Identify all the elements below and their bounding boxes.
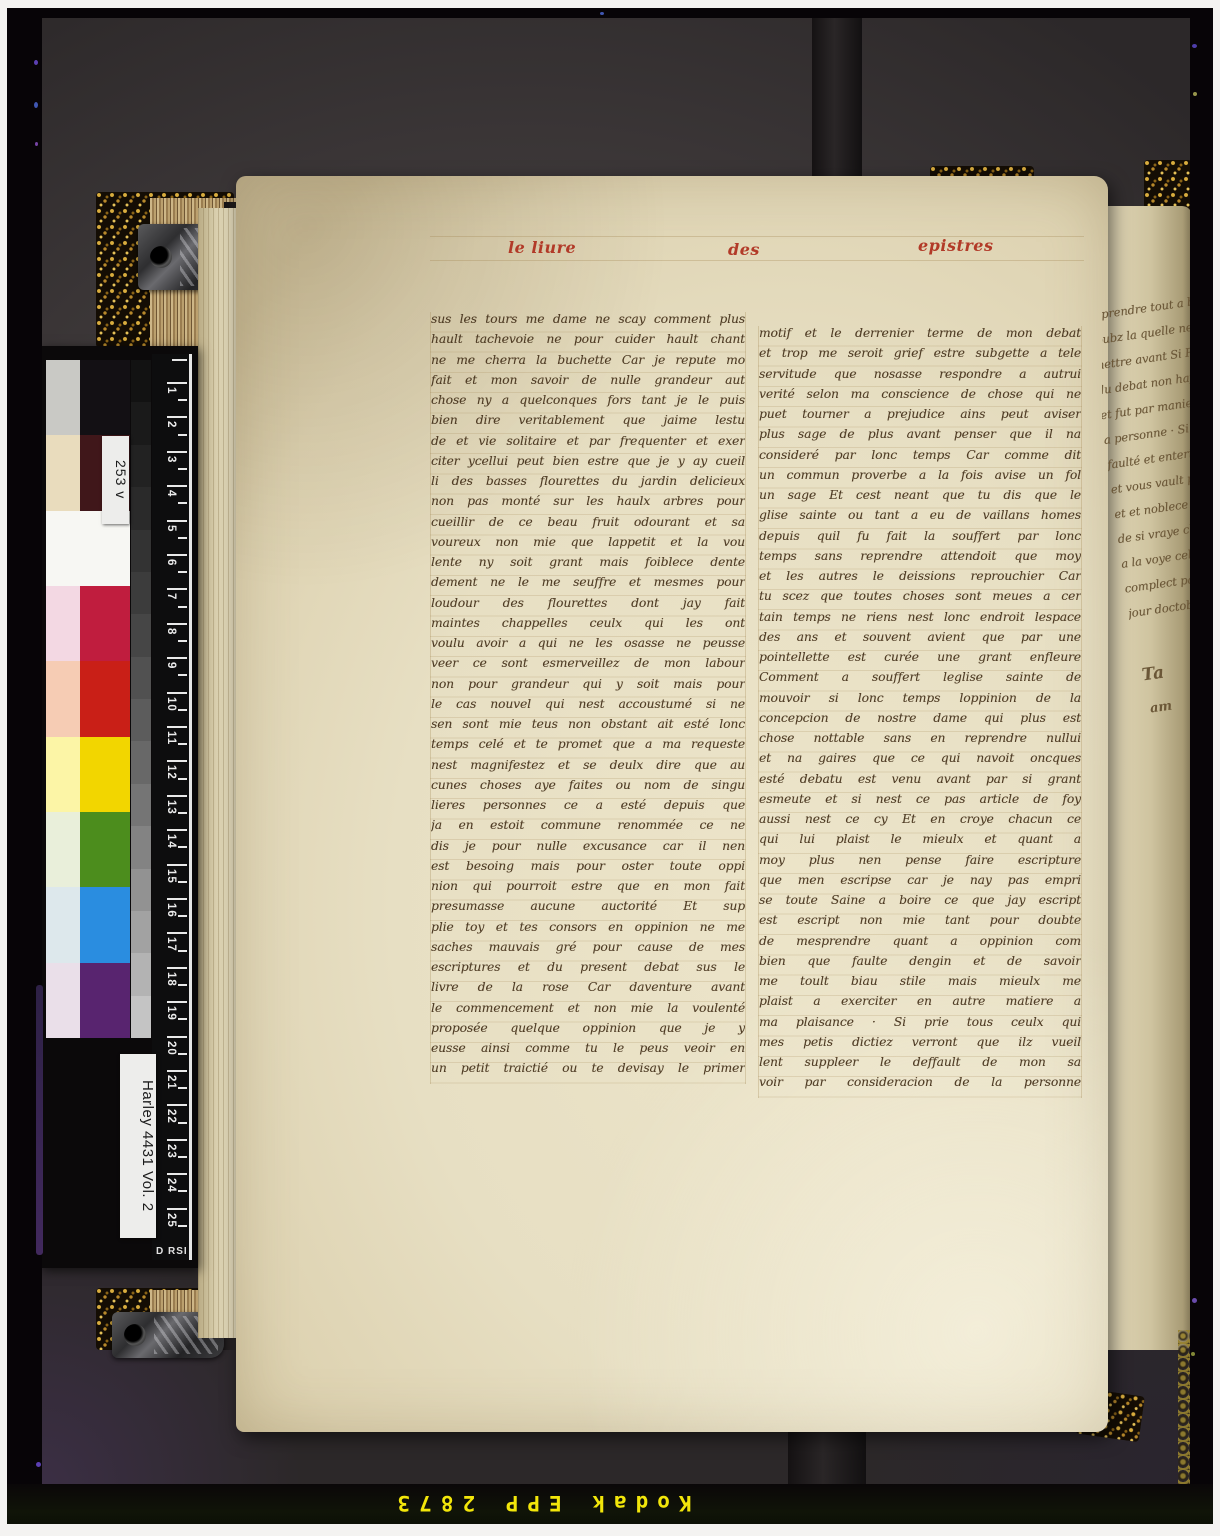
- grayscale-step: [131, 784, 151, 826]
- ruler-number: 6: [161, 559, 177, 566]
- manuscript-line: motif et le derrenier terme de mon debat: [759, 326, 1081, 346]
- ruler-half-tick: [178, 468, 187, 470]
- ruler-footer-text: D RSI: [156, 1246, 188, 1257]
- color-patch-tint: [46, 812, 80, 887]
- color-patch-solid: [80, 586, 130, 661]
- print-border-right: [1213, 0, 1220, 1536]
- manuscript-line: lieres personnes ce a esté depuis que: [431, 798, 745, 818]
- manuscript-line: temps sans reprendre attendoit que moy: [759, 549, 1081, 569]
- manuscript-line: ma plaisance · Si prie tous ceulx qui: [759, 1015, 1081, 1035]
- ruler-number: 19: [161, 1006, 177, 1021]
- manuscript-line: et trop me seroit grief estre subgette a…: [759, 346, 1081, 366]
- manuscript-line: verité selon ma conscience de chose qui …: [759, 387, 1081, 407]
- ruler-number: 17: [161, 937, 177, 952]
- manuscript-line: bien que faulte dengin et de savoir: [759, 954, 1081, 974]
- print-border-top: [0, 0, 1220, 8]
- manuscript-line: de mesprendre quant a oppinion com: [759, 934, 1081, 954]
- ruler-half-tick: [178, 1018, 187, 1020]
- ruler-half-tick: [178, 915, 187, 917]
- grayscale-step: [131, 826, 151, 868]
- film-speck: [1192, 44, 1197, 48]
- manuscript-line: non pour grandeur qui y soit mais pour: [431, 677, 745, 697]
- ruler-tick: [167, 554, 187, 556]
- manuscript-line: me toult biau stile mais mieulx me: [759, 974, 1081, 994]
- ruler-tick: [167, 623, 187, 625]
- grayscale-step-wedge: [131, 360, 151, 1038]
- manuscript-line: tu scez que toutes choses sont meues a c…: [759, 589, 1081, 609]
- beaded-edge-decoration: [1178, 1330, 1190, 1488]
- manuscript-line: glise sainte ou tant a eu de vaillans ho…: [759, 508, 1081, 528]
- manuscript-line: des ans et souvent avient que par une: [759, 630, 1081, 650]
- manuscript-line: concepcion de nostre dame qui plus est: [759, 711, 1081, 731]
- ruler-tick: [167, 1070, 187, 1072]
- manuscript-line: est besoing mais pour oster toute oppi: [431, 859, 745, 879]
- manuscript-line: ja en estoit commune renommée ce ne: [431, 818, 745, 838]
- ruler-half-tick: [178, 1122, 187, 1124]
- ruler-tick: [167, 1001, 187, 1003]
- ruler-tick: [167, 898, 187, 900]
- color-patch-tint: [46, 661, 80, 736]
- ruler-half-tick: [178, 778, 187, 780]
- ruler-number: 3: [161, 456, 177, 463]
- film-speck: [34, 60, 38, 65]
- ruler-tick: [167, 795, 187, 797]
- color-patch-solid: [80, 963, 130, 1038]
- ruler-half-tick: [178, 881, 187, 883]
- manuscript-line: mes petis dictiez verront que ilz vueil: [759, 1035, 1081, 1055]
- manuscript-line: un petit traictié ou te devisay le prime…: [431, 1061, 745, 1081]
- color-chart-row: [46, 963, 130, 1038]
- next-folio-catchwords: Ta am: [1102, 662, 1194, 752]
- manuscript-line: dement ne le me seuffre et mesmes pour: [431, 575, 745, 595]
- ruler-half-tick: [178, 1053, 187, 1055]
- color-patch-tint: [46, 360, 80, 435]
- film-border-bottom: Kodak EPP 2873: [0, 1484, 1220, 1524]
- ruler-tick: [167, 382, 187, 384]
- film-edge-marking: Kodak EPP 2873: [330, 1491, 750, 1515]
- ruler-tick: [167, 692, 187, 694]
- next-folio-partial-text: et prendre tout a bonnsoubz la quelle ne…: [1102, 288, 1194, 660]
- manuscript-line: voureux non mie que lappetit et la vou: [431, 535, 745, 555]
- ruler-tick: [167, 1036, 187, 1038]
- print-border-bottom: [0, 1524, 1220, 1536]
- manuscript-line: depuis quil fu fait la souffert par lonc: [759, 529, 1081, 549]
- ruler-half-tick: [178, 743, 187, 745]
- ruler-half-tick: [178, 502, 187, 504]
- grayscale-step: [131, 360, 151, 402]
- shelfmark-label: Harley 4431 Vol. 2: [120, 1054, 156, 1238]
- manuscript-line: pointellette est curée une grant enfleur…: [759, 650, 1081, 670]
- film-speck: [35, 142, 38, 146]
- folio-number-label: 253 v: [102, 436, 129, 524]
- ruler-end-bracket: [172, 359, 187, 370]
- manuscript-line: puet tourner a prejudice ains peut avise…: [759, 407, 1081, 427]
- color-patch-solid: [80, 360, 130, 435]
- grayscale-step: [131, 614, 151, 656]
- manuscript-line: hault tachevoie ne pour cuider hault cha…: [431, 332, 745, 352]
- ruler-half-tick: [178, 1156, 187, 1158]
- ruler-number: 1: [161, 387, 177, 394]
- grayscale-step: [131, 402, 151, 444]
- ruler-half-tick: [178, 434, 187, 436]
- grayscale-step: [131, 445, 151, 487]
- manuscript-line: aussi nest ce cy Et en croye chacun ce: [759, 812, 1081, 832]
- grayscale-step: [131, 699, 151, 741]
- manuscript-line: fait et mon savoir de nulle grandeur aut: [431, 373, 745, 393]
- catchword-1: Ta: [1141, 663, 1166, 686]
- color-chart-row: [46, 661, 130, 736]
- ruler-half-tick: [178, 846, 187, 848]
- text-column-left: sus les tours me dame ne scay comment pl…: [430, 312, 746, 1084]
- manuscript-line: tain temps ne riens nest lonc endroit le…: [759, 610, 1081, 630]
- manuscript-line: et na gaires que ce qui navoit oncques: [759, 751, 1081, 771]
- ruler-number: 9: [161, 662, 177, 669]
- ruler-tick: [167, 864, 187, 866]
- manuscript-line: temps celé et te promet que a ma request…: [431, 737, 745, 757]
- ruler-tick: [167, 588, 187, 590]
- manuscript-line: maintes chappelles ceulx qui les ont: [431, 616, 745, 636]
- ruler-half-tick: [178, 950, 187, 952]
- manuscript-line: chose nottable sans en reprendre nullui: [759, 731, 1081, 751]
- ruler-tick: [167, 760, 187, 762]
- manuscript-line: eusse ainsi comme tu le peus veoir en: [431, 1041, 745, 1061]
- color-chart-row: [46, 360, 130, 435]
- photograph-frame: le liure des epistres sus les tours me d…: [0, 0, 1220, 1536]
- ruler-number: 23: [161, 1144, 177, 1159]
- manuscript-line: citer ycellui peut bien estre que je y a…: [431, 454, 745, 474]
- ruler-tick: [167, 657, 187, 659]
- manuscript-line: cunes choses aye faites ou nom de singu: [431, 778, 745, 798]
- ruler-number: 10: [161, 697, 177, 712]
- grayscale-step: [131, 572, 151, 614]
- manuscript-line: consideré par lonc temps Car comme dit: [759, 448, 1081, 468]
- manuscript-line: esmeute et si nest ce pas article de foy: [759, 792, 1081, 812]
- ruler-tick: [167, 416, 187, 418]
- ruler-number: 7: [161, 593, 177, 600]
- catchword-2: am: [1149, 699, 1173, 717]
- manuscript-line: se toute Saine a boire ce que jay escrip…: [759, 893, 1081, 913]
- manuscript-line: lent suppleer le deffault de mon sa: [759, 1055, 1081, 1075]
- ruler-tick: [167, 1139, 187, 1141]
- manuscript-line: moy plus nen pense faire escripture: [759, 853, 1081, 873]
- manuscript-line: le cas nouvel qui nest accoustumé si ne: [431, 697, 745, 717]
- color-patch-solid: [80, 887, 130, 962]
- manuscript-line: bien dire veritablement que jaime lestu: [431, 413, 745, 433]
- manuscript-line: dis je pour nulle excusance car il nen: [431, 839, 745, 859]
- ruler-number: 20: [161, 1041, 177, 1056]
- ruler-number: 5: [161, 525, 177, 532]
- ruler-half-tick: [178, 1087, 187, 1089]
- manuscript-line: cueillir de ce beau fruit odourant et sa: [431, 515, 745, 535]
- grayscale-step: [131, 487, 151, 529]
- color-patch-solid: [80, 812, 130, 887]
- manuscript-line: proposée quelque oppinion que je y: [431, 1021, 745, 1041]
- text-column-right: motif et le derrenier terme de mon debat…: [758, 326, 1082, 1098]
- film-speck: [1192, 1298, 1197, 1303]
- manuscript-line: Comment a souffert leglise sainte de: [759, 670, 1081, 690]
- grayscale-step: [131, 911, 151, 953]
- running-header-left: le liure: [508, 238, 576, 257]
- weight-strap-top: [812, 18, 862, 180]
- running-header-center: des: [728, 240, 760, 259]
- manuscript-line: plus sage de plus avant penser que il na: [759, 427, 1081, 447]
- ruler-tick: [167, 829, 187, 831]
- manuscript-line: de et vie solitaire et par frequenter et…: [431, 434, 745, 454]
- manuscript-line: presumasse aucune auctorité Et sup: [431, 899, 745, 919]
- film-speck: [1193, 92, 1197, 96]
- manuscript-line: esté debatu est venu avant par si grant: [759, 772, 1081, 792]
- color-patch-tint: [46, 435, 80, 510]
- manuscript-line: loudour des flourettes dont jay fait: [431, 596, 745, 616]
- manuscript-line: livre de la rose Car daventure avant: [431, 980, 745, 1000]
- ruler-half-tick: [178, 399, 187, 401]
- ruler-tick: [167, 451, 187, 453]
- ruler-tick: [167, 1173, 187, 1175]
- ruler-tick: [167, 485, 187, 487]
- scale-ruler: 1234567891011121314151617181920212223242…: [152, 354, 192, 1260]
- header-ruling-line: [430, 260, 1084, 261]
- film-speck: [1191, 1352, 1195, 1356]
- ruler-number: 21: [161, 1075, 177, 1090]
- ruler-half-tick: [178, 537, 187, 539]
- manuscript-line: le commencement et non mie la voulenté: [431, 1001, 745, 1021]
- ruler-number: 13: [161, 800, 177, 815]
- grayscale-step: [131, 953, 151, 995]
- manuscript-line: ne me cherra la buchette Car je repute m…: [431, 353, 745, 373]
- manuscript-line: voir par consideracion de la personne: [759, 1075, 1081, 1095]
- ruler-tick: [167, 1208, 187, 1210]
- ruler-number: 22: [161, 1109, 177, 1124]
- ruler-number: 11: [161, 731, 177, 745]
- ruler-number: 14: [161, 834, 177, 849]
- ruler-number: 8: [161, 628, 177, 635]
- manuscript-line: nion qui pourroit estre que en mon fait: [431, 879, 745, 899]
- manuscript-line: saches mauvais gré pour cause de mes: [431, 940, 745, 960]
- film-light-leak: [36, 985, 43, 1255]
- ruler-tick: [167, 1104, 187, 1106]
- manuscript-line: voulu avoir a qui ne les osasse ne peuss…: [431, 636, 745, 656]
- ruler-tick: [167, 520, 187, 522]
- ruler-number: 12: [161, 765, 177, 780]
- color-chart-row: [46, 887, 130, 962]
- ruler-half-tick: [178, 674, 187, 676]
- ruler-tick: [167, 967, 187, 969]
- ruler-half-tick: [178, 812, 187, 814]
- manuscript-line: et les autres le deissions reprouchier C…: [759, 569, 1081, 589]
- ruler-tick: [167, 932, 187, 934]
- ruler-number: 25: [161, 1213, 177, 1228]
- manuscript-line: lente ny soit grant mais foiblece dente: [431, 555, 745, 575]
- manuscript-line: veer ce sont esmerveillez de mon labour: [431, 656, 745, 676]
- color-patch-solid: [80, 661, 130, 736]
- manuscript-line: un sage Et cest neant que tu dis que le: [759, 488, 1081, 508]
- ruler-number: 24: [161, 1178, 177, 1193]
- color-patch-tint: [46, 963, 80, 1038]
- ruler-half-tick: [178, 709, 187, 711]
- manuscript-line: mouvoir si lonc temps loppinion de la: [759, 691, 1081, 711]
- ruler-number: 16: [161, 903, 177, 918]
- manuscript-line: un commun proverbe a la fois avise un fo…: [759, 468, 1081, 488]
- manuscript-line: nest magnifestez et se deulx dire que au: [431, 758, 745, 778]
- film-speck: [600, 12, 604, 15]
- ruler-number: 18: [161, 972, 177, 987]
- manuscript-line: plaist a exerciter en autre matiere a: [759, 994, 1081, 1014]
- manuscript-line: sen sont mie teus non obstant ait esté l…: [431, 717, 745, 737]
- ruler-number: 4: [161, 490, 177, 497]
- color-chart-row: [46, 812, 130, 887]
- ruler-half-tick: [178, 1225, 187, 1227]
- manuscript-line: sus les tours me dame ne scay comment pl…: [431, 312, 745, 332]
- grayscale-step: [131, 530, 151, 572]
- color-patch-tint: [46, 586, 80, 661]
- ruler-number: 15: [161, 869, 177, 884]
- grayscale-step: [131, 869, 151, 911]
- ruler-half-tick: [178, 984, 187, 986]
- manuscript-line: li des basses flourettes du jardin delic…: [431, 474, 745, 494]
- ruler-tick: [167, 726, 187, 728]
- film-speck: [36, 1462, 41, 1467]
- print-border-left: [0, 0, 7, 1536]
- manuscript-line: plie toy et tes consors en oppinion ne m…: [431, 920, 745, 940]
- film-speck: [34, 102, 38, 108]
- manuscript-line: non pas monté sur les haulx arbres pour: [431, 494, 745, 514]
- color-patch-tint: [46, 737, 80, 812]
- ruler-number: 2: [161, 421, 177, 428]
- grayscale-step: [131, 996, 151, 1038]
- manuscript-line: qui lui plaist le mieulx et quant a: [759, 832, 1081, 852]
- manuscript-line: escriptures et du present debat sus le: [431, 960, 745, 980]
- grayscale-step: [131, 657, 151, 699]
- ruler-half-tick: [178, 606, 187, 608]
- ruler-half-tick: [178, 571, 187, 573]
- manuscript-line: chose ny a quelconques fors tant je le p…: [431, 393, 745, 413]
- ruler-half-tick: [178, 640, 187, 642]
- manuscript-line: est escript non mie tant pour doubte: [759, 913, 1081, 933]
- color-chart-row: [46, 586, 130, 661]
- ruler-half-tick: [178, 1190, 187, 1192]
- manuscript-line: que men escripse car je nay pas empri: [759, 873, 1081, 893]
- color-patch-solid: [80, 737, 130, 812]
- grayscale-step: [131, 741, 151, 783]
- color-chart-row: [46, 737, 130, 812]
- running-header-right: epistres: [918, 236, 993, 255]
- manuscript-line: servitude que nosasse respondre a autrui: [759, 367, 1081, 387]
- color-patch-tint: [46, 887, 80, 962]
